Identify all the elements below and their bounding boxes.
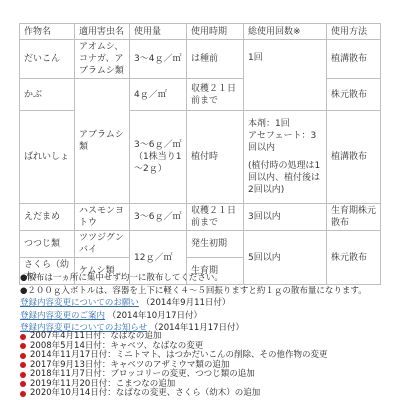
header-amount: 使用量 — [130, 24, 187, 40]
cell-amount: 4ｇ／㎡ — [130, 79, 187, 111]
bullet-dot-icon — [20, 381, 26, 387]
notice-link-row: 登録内容変更のご案内 （2014年10月17日付） — [20, 310, 395, 323]
pesticide-usage-table: 作物名 適用害虫名 使用量 使用時期 総使用回数※ 使用方法 だいこん アオムシ… — [19, 23, 381, 285]
table-row: つつじ類 ツツジグンバイ 12ｇ／㎡ 発生初期 5回以内 株元散布 — [20, 231, 381, 258]
cell-method: 生育期株元散布 — [327, 204, 381, 231]
link-date: （2014年9月11日付） — [142, 298, 231, 308]
cell-crop: ばれいしょ — [20, 111, 75, 204]
header-method: 使用方法 — [327, 24, 381, 40]
table-row: かぶ アブラムシ類 4ｇ／㎡ 収穫２１日前まで 株元散布 — [20, 79, 381, 111]
cell-timing: 発生初期 — [187, 231, 244, 258]
registration-change-request-link[interactable]: 登録内容変更についてのお願い — [20, 298, 139, 308]
history-text: 2020年10月14日付：なばなの変更、さくら（幼木）の追加 — [30, 389, 260, 399]
notice-link-row: 登録内容変更についてのお願い （2014年9月11日付） — [20, 297, 395, 310]
note-bullet: ●２００ｇ入ボトルは、容器を上下に軽く４～５回振りますと約１ｇの散布量になります… — [20, 285, 395, 298]
cell-pest: アオムシ、コナガ、アブラムシ類 — [75, 40, 130, 79]
bullet-dot-icon — [20, 391, 26, 397]
table-row: ばれいしょ 3～6ｇ／㎡（1株当り1～2ｇ） 植付時 本剤：1回 アセフェート：… — [20, 111, 381, 204]
header-pest: 適用害虫名 — [75, 24, 130, 40]
cell-count: 本剤：1回 アセフェート：3回以内 (植付時の処理は1回以内、植付後は2回以内) — [244, 111, 327, 204]
history-item: 2020年10月14日付：なばなの変更、さくら（幼木）の追加 — [20, 389, 328, 399]
cell-pest: アブラムシ類 — [75, 79, 130, 204]
header-crop: 作物名 — [20, 24, 75, 40]
cell-timing: 植付時 — [187, 111, 244, 204]
bullet-dot-icon — [20, 353, 26, 359]
header-timing: 使用時期 — [187, 24, 244, 40]
bullet-dot-icon — [20, 372, 26, 378]
note-bullet: ●散布は一ヵ所に集中せず均一に散布してください。 — [20, 272, 395, 285]
cell-timing: 収穫２１日前まで — [187, 79, 244, 111]
cell-method: 植溝散布 — [327, 111, 381, 204]
cell-amount: 3～6ｇ／㎡（1株当り1～2ｇ） — [130, 111, 187, 204]
cell-method: 株元散布 — [327, 79, 381, 111]
header-count: 総使用回数※ — [244, 24, 327, 40]
table-header-row: 作物名 適用害虫名 使用量 使用時期 総使用回数※ 使用方法 — [20, 24, 381, 40]
change-history-list: 2007年4月11日付：なばなの追加 2008年5月14日付：キャベツ、なばなの… — [20, 332, 328, 399]
table-row: だいこん アオムシ、コナガ、アブラムシ類 3～4ｇ／㎡ は種前 1回 植溝散布 — [20, 40, 381, 79]
cell-crop: つつじ類 — [20, 231, 75, 258]
count-line: (植付時の処理は1回以内、植付後は2回以内) — [248, 160, 322, 196]
cell-crop: えだまめ — [20, 204, 75, 231]
cell-crop: だいこん — [20, 40, 75, 79]
cell-pest: ツツジグンバイ — [75, 231, 130, 258]
link-date: （2014年10月17日付） — [108, 311, 202, 321]
cell-count: 3回以内 — [244, 204, 327, 231]
cell-pest: ハスモンヨトウ — [75, 204, 130, 231]
cell-timing: は種前 — [187, 40, 244, 79]
count-line: 本剤：1回 — [248, 118, 322, 130]
cell-crop: かぶ — [20, 79, 75, 111]
table-row: えだまめ ハスモンヨトウ 3～6ｇ／㎡ 収穫２１日前まで 3回以内 生育期株元散… — [20, 204, 381, 231]
registration-change-guide-link[interactable]: 登録内容変更のご案内 — [20, 311, 105, 321]
cell-method: 植溝散布 — [327, 40, 381, 79]
cell-amount: 3～6ｇ／㎡ — [130, 204, 187, 231]
bullet-dot-icon — [20, 362, 26, 368]
bullet-dot-icon — [20, 343, 26, 349]
cell-timing: 収穫２１日前まで — [187, 204, 244, 231]
cell-amount: 3～4ｇ／㎡ — [130, 40, 187, 79]
count-line: アセフェート：3回以内 — [248, 130, 322, 154]
cell-count: 1回 — [244, 40, 327, 111]
bullet-dot-icon — [20, 334, 26, 340]
usage-notes: ●散布は一ヵ所に集中せず均一に散布してください。 ●２００ｇ入ボトルは、容器を上… — [20, 272, 395, 335]
